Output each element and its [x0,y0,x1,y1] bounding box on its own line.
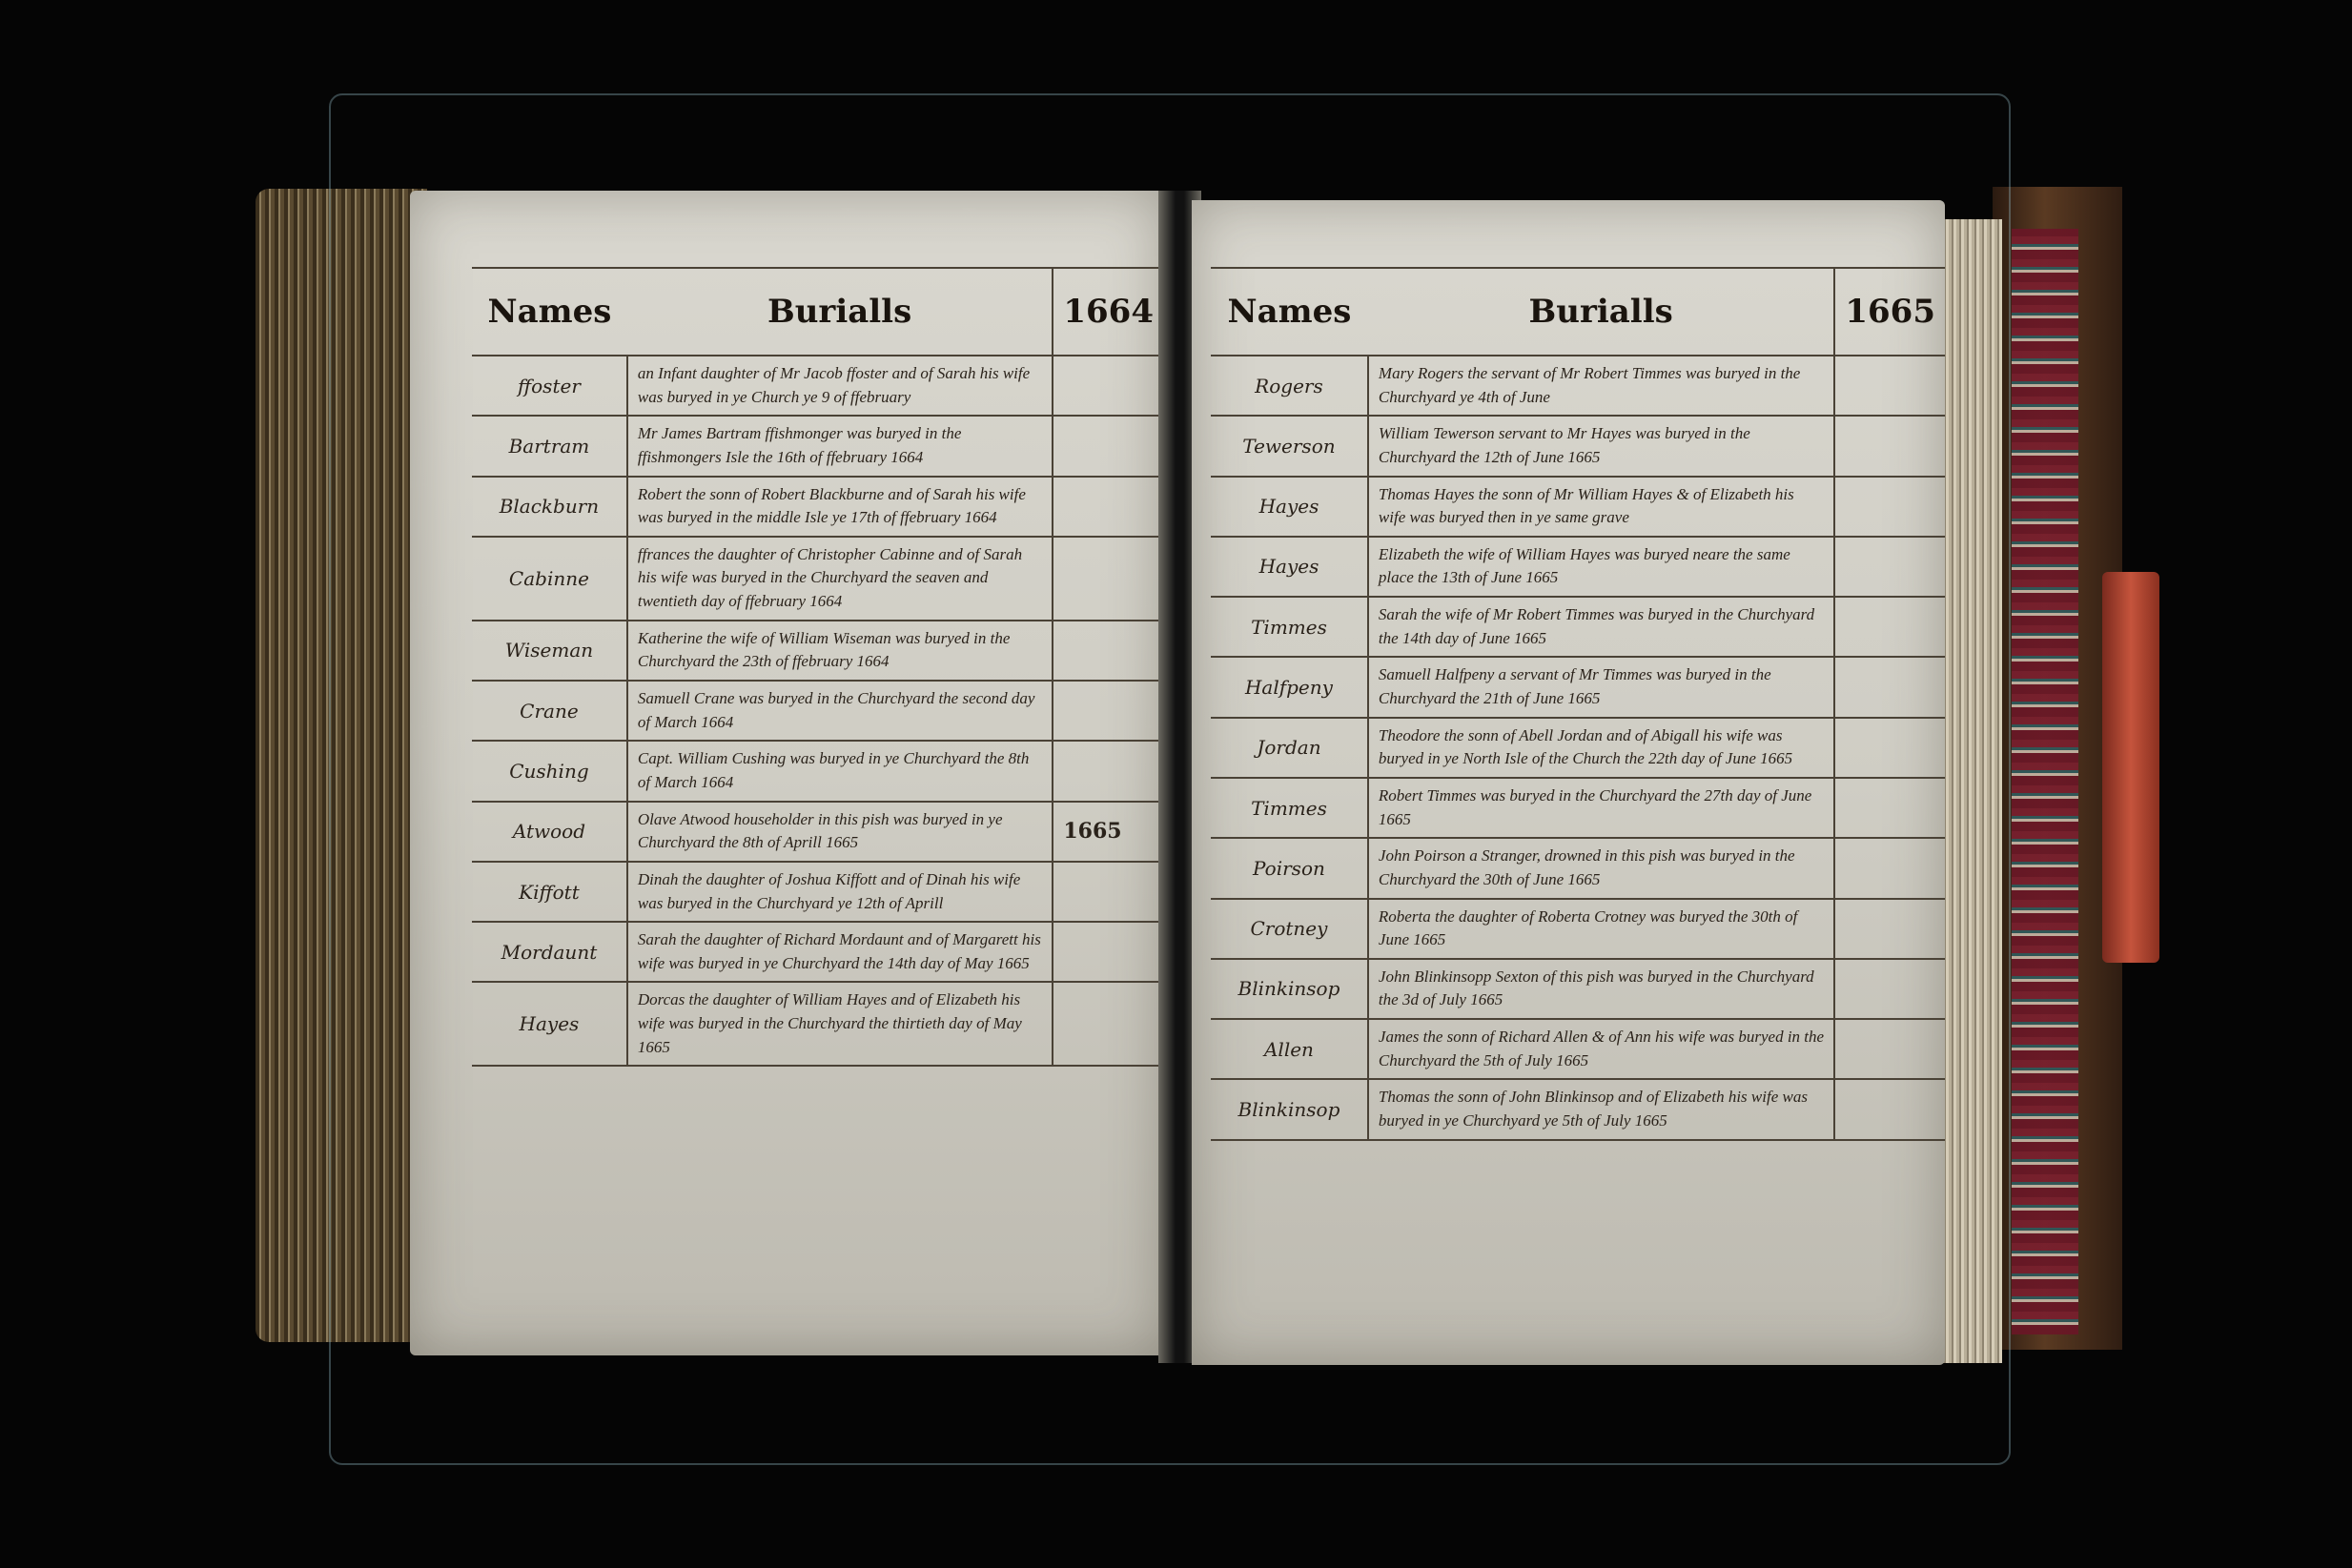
surname: Atwood [472,802,627,862]
surname: Blackburn [472,477,627,537]
burial-entry: William Tewerson servant to Mr Hayes was… [1368,416,1834,476]
right-register-table: Names Burialls 1665 RogersMary Rogers th… [1211,267,1945,1141]
surname: ffoster [472,356,627,416]
burial-entry: Capt. William Cushing was buryed in ye C… [627,741,1053,801]
surname: Hayes [1211,477,1368,537]
register-row: TimmesRobert Timmes was buryed in the Ch… [1211,778,1945,838]
surname: Crane [472,681,627,741]
register-row: KiffottDinah the daughter of Joshua Kiff… [472,862,1163,922]
burial-entry: Elizabeth the wife of William Hayes was … [1368,537,1834,597]
burials-header: Burialls [627,268,1053,356]
register-row: TewersonWilliam Tewerson servant to Mr H… [1211,416,1945,476]
burial-entry: Dorcas the daughter of William Hayes and… [627,982,1053,1066]
left-page-block-edge [256,189,427,1342]
surname: Jordan [1211,718,1368,778]
register-row: HayesThomas Hayes the sonn of Mr William… [1211,477,1945,537]
names-header: Names [472,268,627,356]
left-page: Names Burialls 1664 ffosteran Infant dau… [410,191,1163,1355]
burial-entry: Robert Timmes was buryed in the Churchya… [1368,778,1834,838]
register-row: WisemanKatherine the wife of William Wis… [472,621,1163,681]
register-row: ffosteran Infant daughter of Mr Jacob ff… [472,356,1163,416]
register-row: RogersMary Rogers the servant of Mr Robe… [1211,356,1945,416]
year-header: 1665 [1834,268,1945,356]
surname: Kiffott [472,862,627,922]
surname: Allen [1211,1019,1368,1079]
surname: Cushing [472,741,627,801]
burial-entry: James the sonn of Richard Allen & of Ann… [1368,1019,1834,1079]
register-row: BartramMr James Bartram ffishmonger was … [472,416,1163,476]
burial-entry: John Poirson a Stranger, drowned in this… [1368,838,1834,898]
burial-entry: Samuell Crane was buryed in the Churchya… [627,681,1053,741]
burials-header: Burialls [1368,268,1834,356]
surname: Blinkinsop [1211,1079,1368,1139]
surname: Wiseman [472,621,627,681]
surname: Bartram [472,416,627,476]
register-row: BlinkinsopThomas the sonn of John Blinki… [1211,1079,1945,1139]
burial-entry: Samuell Halfpeny a servant of Mr Timmes … [1368,657,1834,717]
register-row: BlackburnRobert the sonn of Robert Black… [472,477,1163,537]
burial-entry: Robert the sonn of Robert Blackburne and… [627,477,1053,537]
register-row: HalfpenySamuell Halfpeny a servant of Mr… [1211,657,1945,717]
burial-entry: Mary Rogers the servant of Mr Robert Tim… [1368,356,1834,416]
register-row: BlinkinsopJohn Blinkinsopp Sexton of thi… [1211,959,1945,1019]
year-header: 1664 [1053,268,1163,356]
burial-entry: Roberta the daughter of Roberta Crotney … [1368,899,1834,959]
surname: Blinkinsop [1211,959,1368,1019]
register-row: TimmesSarah the wife of Mr Robert Timmes… [1211,597,1945,657]
margin-year: 1665 [1053,802,1163,862]
marbled-endpaper [2012,229,2078,1334]
burial-entry: Katherine the wife of William Wiseman wa… [627,621,1053,681]
register-row: CushingCapt. William Cushing was buryed … [472,741,1163,801]
surname: Hayes [1211,537,1368,597]
burial-entry: Olave Atwood householder in this pish wa… [627,802,1053,862]
names-header: Names [1211,268,1368,356]
surname: Hayes [472,982,627,1066]
register-row: AtwoodOlave Atwood householder in this p… [472,802,1163,862]
surname: Halfpeny [1211,657,1368,717]
burial-entry: Dinah the daughter of Joshua Kiffott and… [627,862,1053,922]
surname: Timmes [1211,597,1368,657]
burial-entry: John Blinkinsopp Sexton of this pish was… [1368,959,1834,1019]
register-row: CrotneyRoberta the daughter of Roberta C… [1211,899,1945,959]
burial-entry: Thomas the sonn of John Blinkinsop and o… [1368,1079,1834,1139]
burial-entry: ffrances the daughter of Christopher Cab… [627,537,1053,621]
surname: Mordaunt [472,922,627,982]
right-page: Names Burialls 1665 RogersMary Rogers th… [1192,200,1945,1365]
register-row: MordauntSarah the daughter of Richard Mo… [472,922,1163,982]
register-row: HayesDorcas the daughter of William Haye… [472,982,1163,1066]
surname: Crotney [1211,899,1368,959]
burial-entry: Thomas Hayes the sonn of Mr William Haye… [1368,477,1834,537]
surname: Poirson [1211,838,1368,898]
surname: Tewerson [1211,416,1368,476]
register-row: JordanTheodore the sonn of Abell Jordan … [1211,718,1945,778]
left-register-table: Names Burialls 1664 ffosteran Infant dau… [472,267,1163,1067]
burial-entry: an Infant daughter of Mr Jacob ffoster a… [627,356,1053,416]
surname: Timmes [1211,778,1368,838]
register-row: CraneSamuell Crane was buryed in the Chu… [472,681,1163,741]
burial-entry: Theodore the sonn of Abell Jordan and of… [1368,718,1834,778]
burial-entry: Sarah the daughter of Richard Mordaunt a… [627,922,1053,982]
register-row: Cabinneffrances the daughter of Christop… [472,537,1163,621]
surname: Rogers [1211,356,1368,416]
bookmark-ribbon [2102,572,2159,963]
register-row: PoirsonJohn Poirson a Stranger, drowned … [1211,838,1945,898]
burial-entry: Sarah the wife of Mr Robert Timmes was b… [1368,597,1834,657]
register-row: AllenJames the sonn of Richard Allen & o… [1211,1019,1945,1079]
register-row: HayesElizabeth the wife of William Hayes… [1211,537,1945,597]
burial-entry: Mr James Bartram ffishmonger was buryed … [627,416,1053,476]
surname: Cabinne [472,537,627,621]
